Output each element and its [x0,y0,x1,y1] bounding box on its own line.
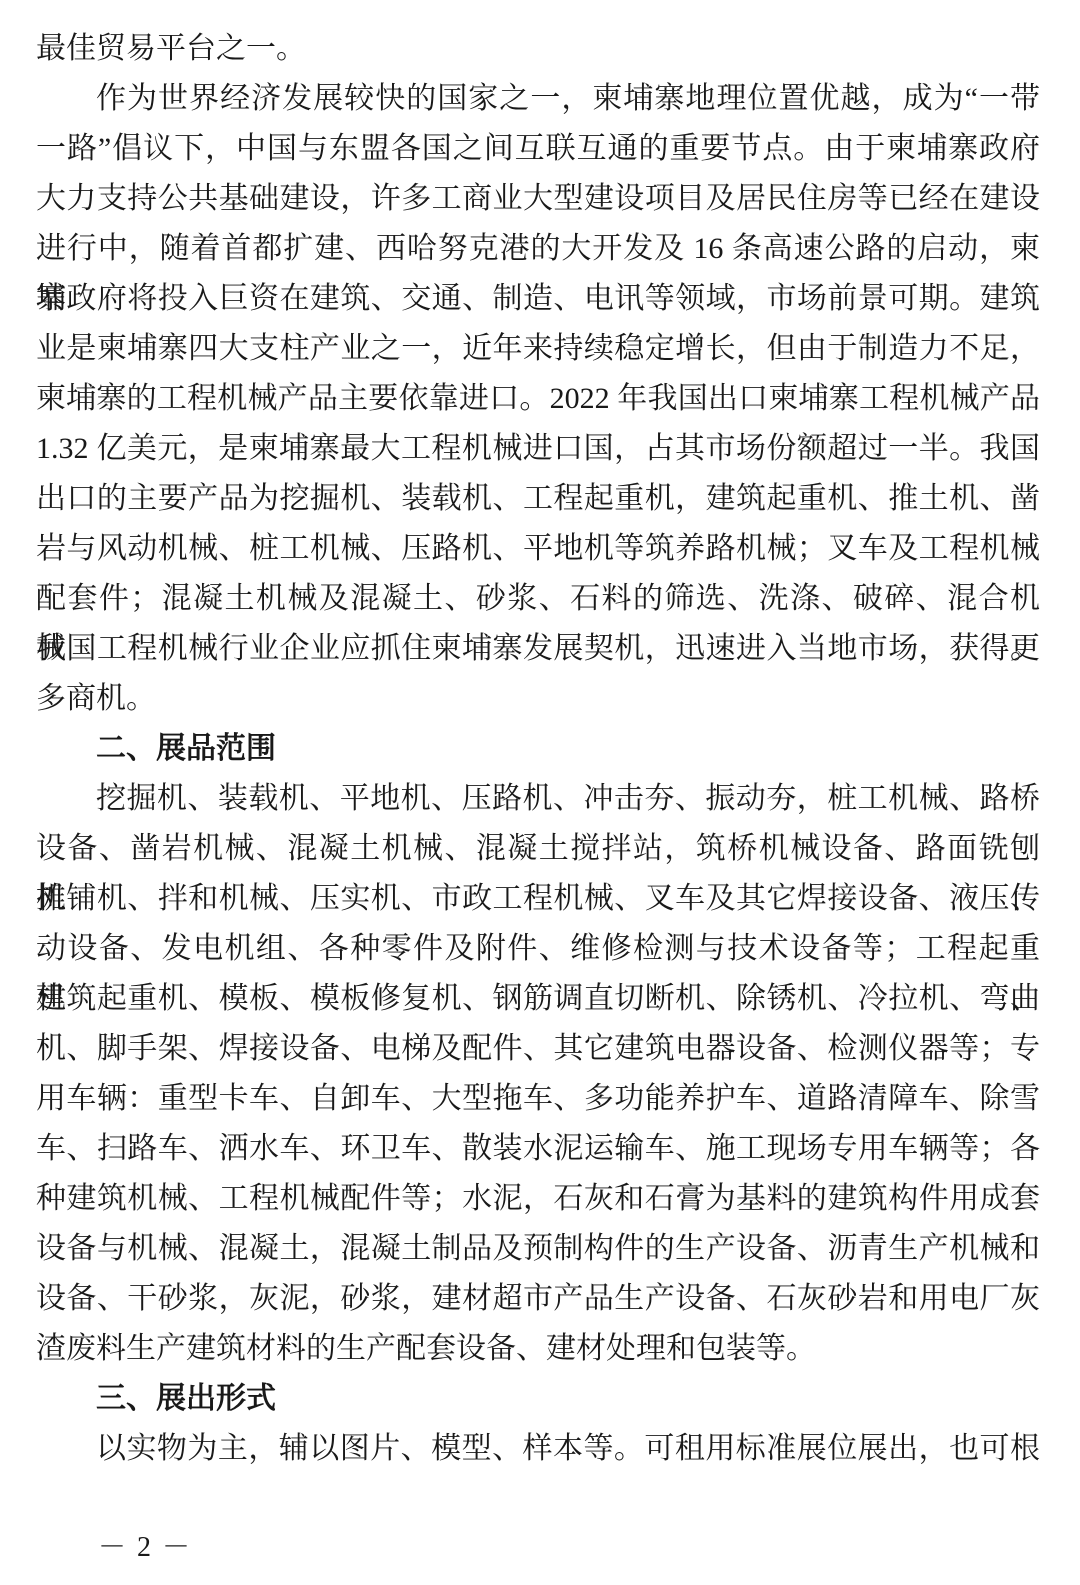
section-heading: 三、展出形式 [36,1374,1040,1424]
text-line: 车、扫路车、洒水车、环卫车、散装水泥运输车、施工现场专用车辆等；各 [36,1124,1040,1174]
text-line: 渣废料生产建筑材料的生产配套设备、建材处理和包装等。 [36,1324,1040,1374]
text-line: 设备与机械、混凝土，混凝土制品及预制构件的生产设备、沥青生产机械和 [36,1224,1040,1274]
text-line: 摊铺机、拌和机械、压实机、市政工程机械、叉车及其它焊接设备、液压传 [36,874,1040,924]
text-line: 设备、凿岩机械、混凝土机械、混凝土搅拌站，筑桥机械设备、路面铣刨机、 [36,824,1040,874]
text-line: 建筑起重机、模板、模板修复机、钢筋调直切断机、除锈机、冷拉机、弯曲 [36,974,1040,1024]
text-line: 作为世界经济发展较快的国家之一，柬埔寨地理位置优越，成为“一带 [36,74,1040,124]
text-line: 大力支持公共基础建设，许多工商业大型建设项目及居民住房等已经在建设 [36,174,1040,224]
document-page: 最佳贸易平台之一。作为世界经济发展较快的国家之一，柬埔寨地理位置优越，成为“一带… [0,0,1080,1585]
document-body: 最佳贸易平台之一。作为世界经济发展较快的国家之一，柬埔寨地理位置优越，成为“一带… [36,24,1040,1474]
text-line: 机、脚手架、焊接设备、电梯及配件、其它建筑电器设备、检测仪器等；专 [36,1024,1040,1074]
text-line: 用车辆：重型卡车、自卸车、大型拖车、多功能养护车、道路清障车、除雪 [36,1074,1040,1124]
text-line: 柬埔寨的工程机械产品主要依靠进口。2022 年我国出口柬埔寨工程机械产品 [36,374,1040,424]
text-line: 出口的主要产品为挖掘机、装载机、工程起重机，建筑起重机、推土机、凿 [36,474,1040,524]
text-line: 最佳贸易平台之一。 [36,24,1040,74]
text-line: 以实物为主，辅以图片、模型、样本等。可租用标准展位展出，也可根 [36,1424,1040,1474]
page-number: － 2 － [98,1531,192,1565]
text-line: 挖掘机、装载机、平地机、压路机、冲击夯、振动夯，桩工机械、路桥 [36,774,1040,824]
text-line: 岩与风动机械、桩工机械、压路机、平地机等筑养路机械；叉车及工程机械 [36,524,1040,574]
text-line: 我国工程机械行业企业应抓住柬埔寨发展契机，迅速进入当地市场，获得更 [36,624,1040,674]
text-line: 进行中，随着首都扩建、西哈努克港的大开发及 16 条高速公路的启动，柬埔 [36,224,1040,274]
text-line: 业是柬埔寨四大支柱产业之一，近年来持续稳定增长，但由于制造力不足， [36,324,1040,374]
section-heading: 二、展品范围 [36,724,1040,774]
text-line: 多商机。 [36,674,1040,724]
text-line: 1.32 亿美元，是柬埔寨最大工程机械进口国，占其市场份额超过一半。我国 [36,424,1040,474]
text-line: 寨政府将投入巨资在建筑、交通、制造、电讯等领域，市场前景可期。建筑 [36,274,1040,324]
text-line: 配套件；混凝土机械及混凝土、砂浆、石料的筛选、洗涤、破碎、混合机械。 [36,574,1040,624]
text-line: 设备、干砂浆，灰泥，砂浆，建材超市产品生产设备、石灰砂岩和用电厂灰 [36,1274,1040,1324]
text-line: 一路”倡议下，中国与东盟各国之间互联互通的重要节点。由于柬埔寨政府 [36,124,1040,174]
text-line: 种建筑机械、工程机械配件等；水泥，石灰和石膏为基料的建筑构件用成套 [36,1174,1040,1224]
text-line: 动设备、发电机组、各种零件及附件、维修检测与技术设备等；工程起重机、 [36,924,1040,974]
